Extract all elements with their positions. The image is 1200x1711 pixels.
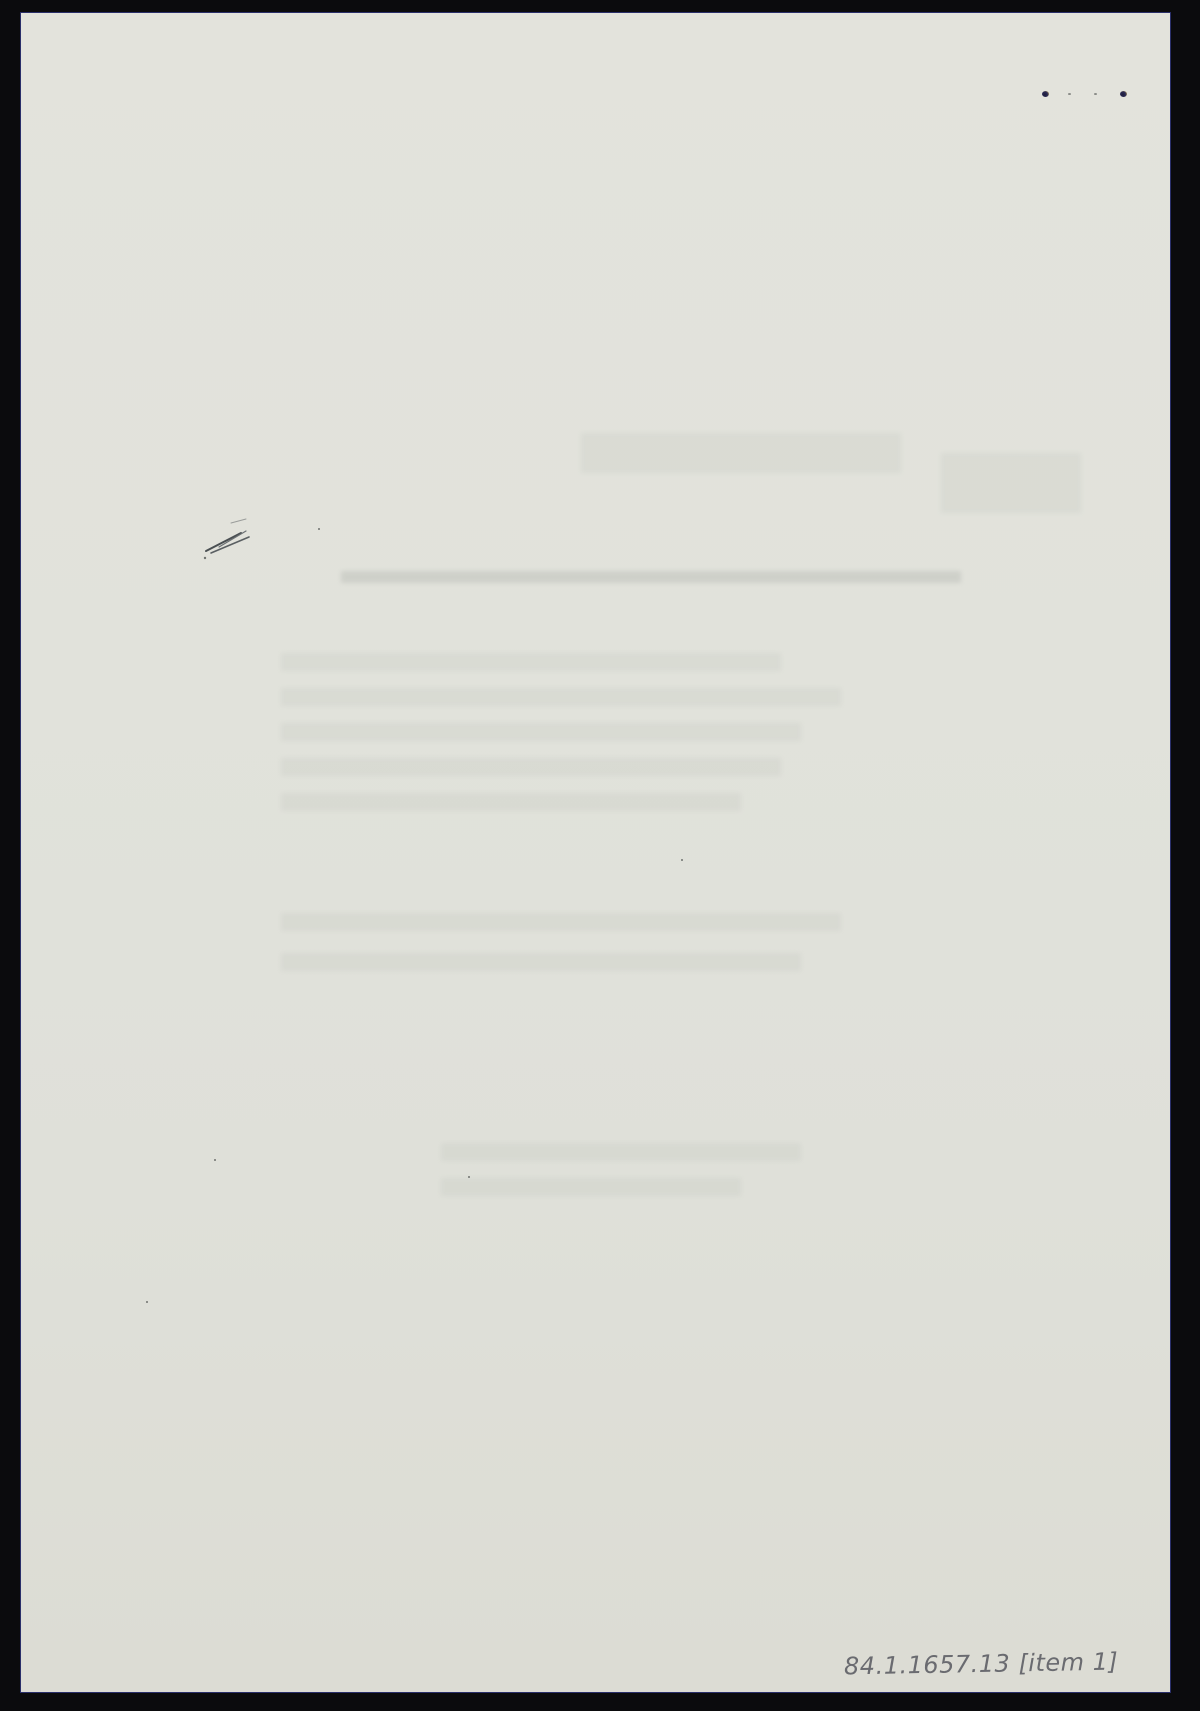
speck xyxy=(214,1159,216,1161)
punch-holes xyxy=(1042,89,1132,103)
speck xyxy=(1094,93,1097,95)
accession-number: 84.1.1657.13 [item 1] xyxy=(843,1648,1118,1681)
show-through-block xyxy=(281,653,781,671)
show-through-block xyxy=(281,953,801,971)
show-through-block xyxy=(281,758,781,776)
show-through-block xyxy=(581,433,901,473)
speck xyxy=(1068,93,1071,95)
speck xyxy=(681,859,683,861)
show-through-block xyxy=(441,1178,741,1196)
show-through-block xyxy=(441,1143,801,1161)
show-through-block xyxy=(281,723,801,741)
show-through-line xyxy=(341,571,961,583)
scan-background: 84.1.1657.13 [item 1] xyxy=(0,0,1200,1711)
paper-sheet: 84.1.1657.13 [item 1] xyxy=(21,13,1170,1692)
show-through-block xyxy=(281,688,841,706)
punch-hole-icon xyxy=(1042,91,1049,97)
punch-hole-icon xyxy=(1120,91,1127,97)
show-through-block xyxy=(281,793,741,811)
speck xyxy=(146,1301,148,1303)
show-through-block xyxy=(281,913,841,931)
show-through-block xyxy=(941,453,1081,513)
speck xyxy=(318,528,320,530)
pencil-scribble-icon xyxy=(191,511,261,561)
speck xyxy=(468,1176,470,1178)
